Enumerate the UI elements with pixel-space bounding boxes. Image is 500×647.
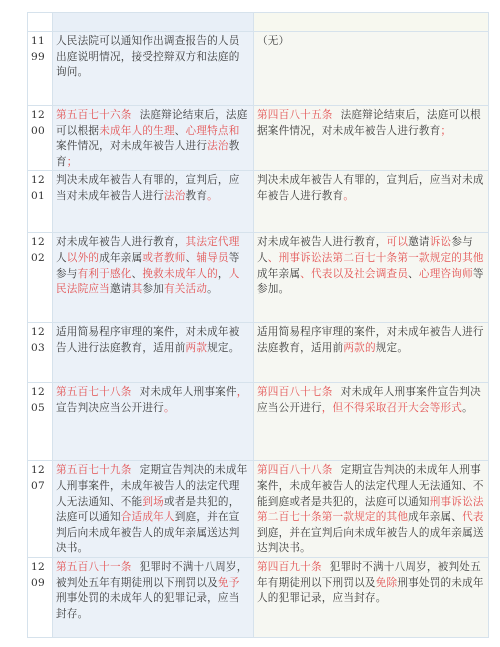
cell-number-empty: [28, 13, 53, 32]
text-segment: 对未成年人刑事案件: [140, 386, 237, 398]
changed-text: 未成年人的生理: [99, 125, 175, 137]
old-provision-text: 第四百九十条犯罪时不满十八周岁，被判处五年有期徒刑以下刑罚以及免除刑事处罚的未成…: [254, 557, 489, 637]
text-segment: 人民法院可以通知作出调查报告的人员出庭说明情况，接受控辩双方和法庭的询问。: [56, 35, 240, 78]
text-segment: 教育: [186, 190, 208, 202]
text-segment: 、: [186, 252, 197, 264]
article-number: 第四百九十条: [257, 561, 322, 573]
old-provision-text: 第四百八十七条对未成年人刑事案件宣告判决应当公开进行，但不得采取召开大会等形式。: [254, 383, 489, 461]
cell-old-text-empty: [254, 13, 489, 32]
old-provision-text: （无）: [254, 32, 489, 106]
old-provision-text: 对未成年被告人进行教育，可以邀请诉讼参与人、刑事诉讼法第二百七十条第一款规定的其…: [254, 233, 489, 323]
table-row-1201: 1201 判决未成年被告人有罪的，宣判后，应当对未成年被告人进行法治教育。 判决…: [28, 171, 489, 233]
text-segment: 成年亲属: [99, 252, 142, 264]
old-provision-text: 判决未成年被告人有罪的，宣判后，应当对未成年被告人进行教育。: [254, 171, 489, 233]
table-row-1203: 1203 适用简易程序审理的案件，对未成年被告人进行法庭教育，适用前两款规定。 …: [28, 323, 489, 383]
comparison-table: 1199 人民法院可以通知作出调查报告的人员出庭说明情况，接受控辩双方和法庭的询…: [27, 12, 489, 638]
new-provision-text: 第五百七十八条对未成年人刑事案件，宣告判决应当公开进行。: [53, 383, 254, 461]
article-number: 第四百八十五条: [257, 109, 333, 121]
text-segment: 。: [207, 283, 218, 295]
changed-text: 合适成年人: [121, 511, 175, 523]
row-number: 1207: [28, 461, 53, 558]
changed-text: 以外的: [67, 252, 99, 264]
changed-text: 可以: [387, 236, 409, 248]
text-segment: 、: [408, 268, 419, 280]
changed-text: 两款: [186, 342, 208, 354]
changed-text: ，但不得采取召开大会等形式: [322, 402, 462, 414]
changed-text: 代表: [462, 511, 484, 523]
table-row-1209: 1209 第五百八十一条犯罪时不满十八周岁，被判处五年有期徒刑以下刑罚以及免予刑…: [28, 557, 489, 637]
text-segment: 对未成年被告人进行教育，: [56, 236, 186, 248]
new-provision-text: 第五百七十九条定期宣告判决的未成年人刑事案件，未成年被告人的法定代理人无法通知、…: [53, 461, 254, 558]
new-provision-text: 人民法院可以通知作出调查报告的人员出庭说明情况，接受控辩双方和法庭的询问。: [53, 32, 254, 106]
text-segment: 邀请: [110, 283, 132, 295]
text-segment: 成年亲属、: [408, 511, 462, 523]
changed-text: 法治: [207, 140, 229, 152]
article-number: 第五百八十一条: [56, 561, 132, 573]
row-number: 1205: [28, 383, 53, 461]
table-row-1205: 1205 第五百七十八条对未成年人刑事案件，宣告判决应当公开进行。 第四百八十七…: [28, 383, 489, 461]
text-segment: 宣告判决应当公开进行: [56, 402, 164, 414]
changed-text: 心理咨询师: [419, 268, 473, 280]
changed-text: 其: [132, 283, 143, 295]
new-provision-text: 第五百七十六条法庭辩论结束后，法庭可以根据未成年人的生理、心理特点和案件情况，对…: [53, 106, 254, 171]
article-number: 第四百八十八条: [257, 464, 333, 476]
old-provision-text: 第四百八十八条定期宣告判决的未成年人刑事案件，未成年被告人的法定代理人无法通知、…: [254, 461, 489, 558]
changed-text: 其法定代理: [186, 236, 240, 248]
changed-text: 。: [164, 402, 175, 414]
changed-text: 、代表以及社会调查员: [300, 268, 408, 280]
changed-text: 诉讼: [430, 236, 452, 248]
article-number: 第五百七十六条: [56, 109, 132, 121]
row-number: 1199: [28, 32, 53, 106]
new-provision-text: 第五百八十一条犯罪时不满十八周岁，被判处五年有期徒刑以下刑罚以及免予刑事处罚的未…: [53, 557, 254, 637]
row-number: 1203: [28, 323, 53, 383]
text-segment: 对未成年被告人进行教育，: [257, 236, 387, 248]
changed-text: 挽救未成年人的: [142, 268, 218, 280]
text-segment: 到庭，并在宣判后向未成年被告人的成年亲属送达判决书。: [257, 527, 484, 555]
text-segment: 人: [56, 252, 67, 264]
row-number: 1202: [28, 233, 53, 323]
article-number: 第四百八十七条: [257, 386, 333, 398]
comparison-table-body: 1199 人民法院可以通知作出调查报告的人员出庭说明情况，接受控辩双方和法庭的询…: [28, 13, 489, 638]
text-segment: 规定。: [376, 342, 408, 354]
text-segment: 邀请: [408, 236, 430, 248]
changed-text: 辅导员: [196, 252, 228, 264]
changed-text: 有利于感化: [78, 268, 132, 280]
changed-text: 法治: [164, 190, 186, 202]
text-segment: 、: [132, 268, 143, 280]
changed-text: ；: [441, 125, 452, 137]
text-segment: 。: [462, 402, 473, 414]
changed-text: 、刑事诉讼法第二百七十条第一款规定的其他: [268, 252, 484, 264]
changed-text: ，: [237, 386, 248, 398]
changed-text: 到场: [142, 496, 164, 508]
table-row-1207: 1207 第五百七十九条定期宣告判决的未成年人刑事案件，未成年被告人的法定代理人…: [28, 461, 489, 558]
article-number: 第五百七十八条: [56, 386, 132, 398]
table-row-1202: 1202 对未成年被告人进行教育，其法定代理人以外的成年亲属或者教师、辅导员等参…: [28, 233, 489, 323]
table-row-1200: 1200 第五百七十六条法庭辩论结束后，法庭可以根据未成年人的生理、心理特点和案…: [28, 106, 489, 171]
text-segment: 成年亲属: [257, 268, 300, 280]
changed-text: ；: [67, 156, 78, 168]
text-segment: 判决未成年被告人有罪的，宣判后，应当对未成年被告人进行教育: [257, 174, 484, 202]
text-segment: 刑事处罚的未成年人的犯罪记录，应当封存。: [56, 592, 240, 620]
table-row-1199: 1199 人民法院可以通知作出调查报告的人员出庭说明情况，接受控辩双方和法庭的询…: [28, 32, 489, 106]
changed-text: 免除: [376, 577, 398, 589]
row-number: 1201: [28, 171, 53, 233]
text-segment: 规定。: [207, 342, 239, 354]
article-number: 第五百七十九条: [56, 464, 132, 476]
text-segment: （无）: [257, 35, 289, 47]
new-provision-text: 判决未成年被告人有罪的，宣判后，应当对未成年被告人进行法治教育。: [53, 171, 254, 233]
changed-text: 或者教师: [142, 252, 185, 264]
changed-text: 。: [343, 190, 354, 202]
changed-text: 免予: [218, 577, 240, 589]
row-number: 1200: [28, 106, 53, 171]
text-segment: ，: [218, 268, 229, 280]
old-provision-text: 适用简易程序审理的案件，对未成年被告人进行法庭教育，适用前两款的规定。: [254, 323, 489, 383]
changed-text: 两款的: [343, 342, 375, 354]
text-segment: 案件情况，对未成年被告人进行: [56, 140, 207, 152]
changed-text: 心理特点和: [186, 125, 240, 137]
text-segment: 、: [175, 125, 186, 137]
changed-text: 有关活动: [164, 283, 207, 295]
new-provision-text: 对未成年被告人进行教育，其法定代理人以外的成年亲属或者教师、辅导员等参与有利于感…: [53, 233, 254, 323]
cell-new-text-empty: [53, 13, 254, 32]
changed-text: 。: [207, 190, 218, 202]
old-provision-text: 第四百八十五条法庭辩论结束后，法庭可以根据案件情况，对未成年被告人进行教育；: [254, 106, 489, 171]
table-row-header-continuation: [28, 13, 489, 32]
text-segment: 参加: [142, 283, 164, 295]
new-provision-text: 适用简易程序审理的案件，对未成年被告人进行法庭教育，适用前两款规定。: [53, 323, 254, 383]
row-number: 1209: [28, 557, 53, 637]
